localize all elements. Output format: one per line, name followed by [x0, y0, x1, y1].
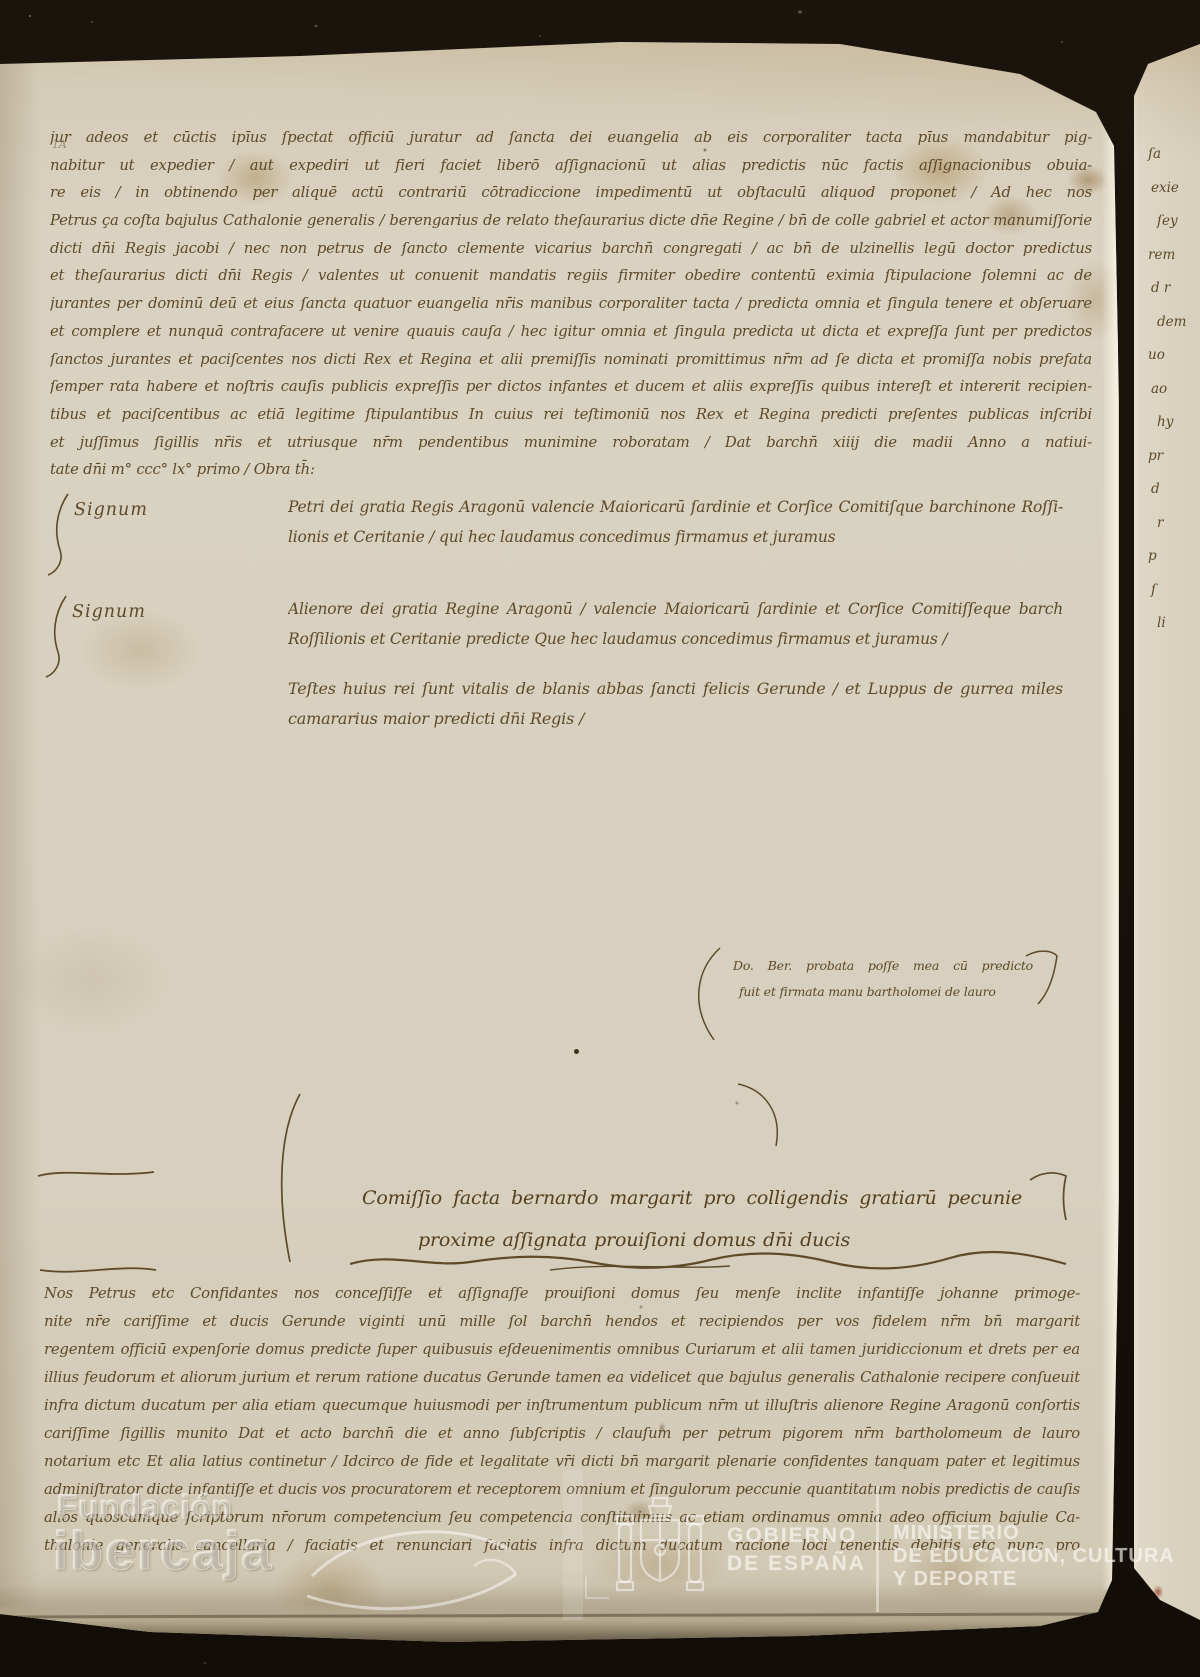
manuscript-line: Teſtes huius rei ſunt vitalis de blanis … [288, 674, 1063, 704]
manuscript-line: et complere et nunquā contrafacere ut ve… [50, 318, 1092, 346]
page-bottom-edge [0, 1584, 1120, 1654]
manuscript-line: notarium etc Et alia latius continetur /… [44, 1448, 1080, 1476]
marginal-note: Do. Ber. probata poſſe mea cū predictofu… [733, 953, 1033, 1005]
watermark-divider [876, 1486, 879, 1612]
text-fragment: rem [1148, 239, 1198, 273]
text-fragment: p [1148, 540, 1198, 574]
manuscript-line: tate dn̄i m° ccc° lx° primo / Obra th̄: [50, 456, 1092, 484]
manuscript-line: et juſſimus ſigillis nr̄is et utriusque … [50, 429, 1092, 457]
spain-coat-of-arms-icon [615, 1490, 705, 1609]
manuscript-line: illius feudorum et aliorum jurium et rer… [44, 1364, 1080, 1392]
margin-dash-flourish-icon [36, 1166, 156, 1182]
manuscript-page: 1A jur adeos et cūctis ipīus ſpectat off… [0, 0, 1200, 1677]
text-fragment: ao [1148, 373, 1198, 407]
facing-page-text-fragments: ſaexieſeyremd rdemuoaohyprdrpſli [1148, 138, 1198, 641]
gobierno-line-2: DE ESPAÑA [727, 1550, 866, 1578]
manuscript-line: re eis / in obtinendo per aliquē actū co… [50, 179, 1092, 207]
signum-label: Signum [74, 500, 148, 520]
manuscript-line: tibus et paciſcentibus ac etiā legitime … [50, 401, 1092, 429]
manuscript-line: nabitur ut expedier / aut expediri ut fi… [50, 152, 1092, 180]
gobierno-watermark: GOBIERNO DE ESPAÑA [727, 1522, 866, 1578]
text-fragment: d [1148, 473, 1198, 507]
manuscript-line: ſanctos jurantes et paciſcentes nos dict… [50, 346, 1092, 374]
ministerio-line-3: Y DEPORTE [893, 1568, 1175, 1591]
page-right-edge-highlight [1102, 95, 1118, 1590]
note-line: Do. Ber. probata poſſe mea cū predicto [733, 953, 1033, 979]
ibercaja-swoosh-icon [302, 1518, 532, 1627]
manuscript-line: Nos Petrus etc Confidantes nos conceſſiſ… [44, 1280, 1080, 1308]
manuscript-line: Petrus ça coſta bajulus Cathalonie gener… [50, 207, 1092, 235]
manuscript-line: camararius maior predicti dn̄i Regis / [288, 704, 1063, 734]
witness-block: Teſtes huius rei ſunt vitalis de blanis … [288, 674, 1063, 734]
text-fragment: pr [1148, 440, 1198, 474]
heading-underline-flourish-icon [350, 1248, 1070, 1274]
gobierno-line-1: GOBIERNO [727, 1522, 866, 1550]
manuscript-line: nite nr̄e cariſſime et ducis Gerunde vig… [44, 1308, 1080, 1336]
manuscript-line: dicti dn̄i Regis jacobi / nec non petrus… [50, 235, 1092, 263]
manuscript-line: jur adeos et cūctis ipīus ſpectat offici… [50, 124, 1092, 152]
text-fragment: exie [1148, 172, 1198, 206]
ink-dot [574, 1049, 579, 1054]
text-fragment: d r [1148, 272, 1198, 306]
watermark-corner-mark [585, 1577, 609, 1599]
manuscript-scan: 1A jur adeos et cūctis ipīus ſpectat off… [0, 0, 1200, 1677]
manuscript-line: regentem officiū expenſorie domus predic… [44, 1336, 1080, 1364]
manuscript-line: lionis et Ceritanie / qui hec laudamus c… [288, 522, 1063, 552]
heading-open-bracket-icon [272, 1092, 302, 1264]
text-fragment: dem [1148, 306, 1198, 340]
margin-dash-flourish-icon [38, 1262, 158, 1278]
signum-flourish-icon [46, 492, 72, 578]
ibercaja-watermark: ibercaja [53, 1520, 273, 1582]
signum-entry-1: Petri dei gratia Regis Aragonū valencie … [288, 492, 1063, 552]
manuscript-line: Alienore dei gratia Regine Aragonū / val… [288, 594, 1063, 624]
manuscript-line: infra dictum ducatum per alia etiam quec… [44, 1392, 1080, 1420]
note-close-bracket-icon [1024, 946, 1060, 1016]
facing-page-edge: ſaexieſeyremd rdemuoaohyprdrpſli [1130, 0, 1200, 1677]
text-fragment: uo [1148, 339, 1198, 373]
text-fragment: ſey [1148, 205, 1198, 239]
ministerio-watermark: MINISTERIO DE EDUCACIÓN, CULTURA Y DEPOR… [893, 1522, 1175, 1591]
text-fragment: ſa [1148, 138, 1198, 172]
ministerio-line-2: DE EDUCACIÓN, CULTURA [893, 1545, 1175, 1568]
top-text-block: jur adeos et cūctis ipīus ſpectat offici… [50, 124, 1092, 484]
text-fragment: hy [1148, 406, 1198, 440]
signum-flourish-icon [44, 594, 70, 680]
text-fragment: li [1148, 607, 1198, 641]
note-open-bracket-icon [688, 946, 724, 1042]
ministerio-line-1: MINISTERIO [893, 1522, 1175, 1545]
manuscript-line: et theſaurarius dicti dn̄i Regis / valen… [50, 262, 1092, 290]
watermark-strip [563, 1470, 583, 1620]
manuscript-line: ſemper rata habere et noſtris cauſis pub… [50, 373, 1092, 401]
manuscript-line: Petri dei gratia Regis Aragonū valencie … [288, 492, 1063, 522]
signum-label: Signum [72, 602, 146, 622]
section-heading-line-1: Comiſſio facta bernardo margarit pro col… [362, 1178, 1022, 1218]
heading-close-bracket-icon [1030, 1168, 1070, 1226]
manuscript-line: jurantes per dominū deū et eius ſancta q… [50, 290, 1092, 318]
manuscript-line: Roſſilionis et Ceritanie predicte Que he… [288, 624, 1063, 654]
text-fragment: r [1148, 507, 1198, 541]
flourish-curve-icon [732, 1080, 792, 1150]
text-fragment: ſ [1148, 574, 1198, 608]
page-edge-shadow-line [0, 1613, 1120, 1619]
manuscript-line: cariſſime ſigillis munito Dat et acto ba… [44, 1420, 1080, 1448]
note-line: fuit et firmata manu bartholomei de laur… [733, 979, 1033, 1005]
signum-entry-2: Alienore dei gratia Regine Aragonū / val… [288, 594, 1063, 654]
